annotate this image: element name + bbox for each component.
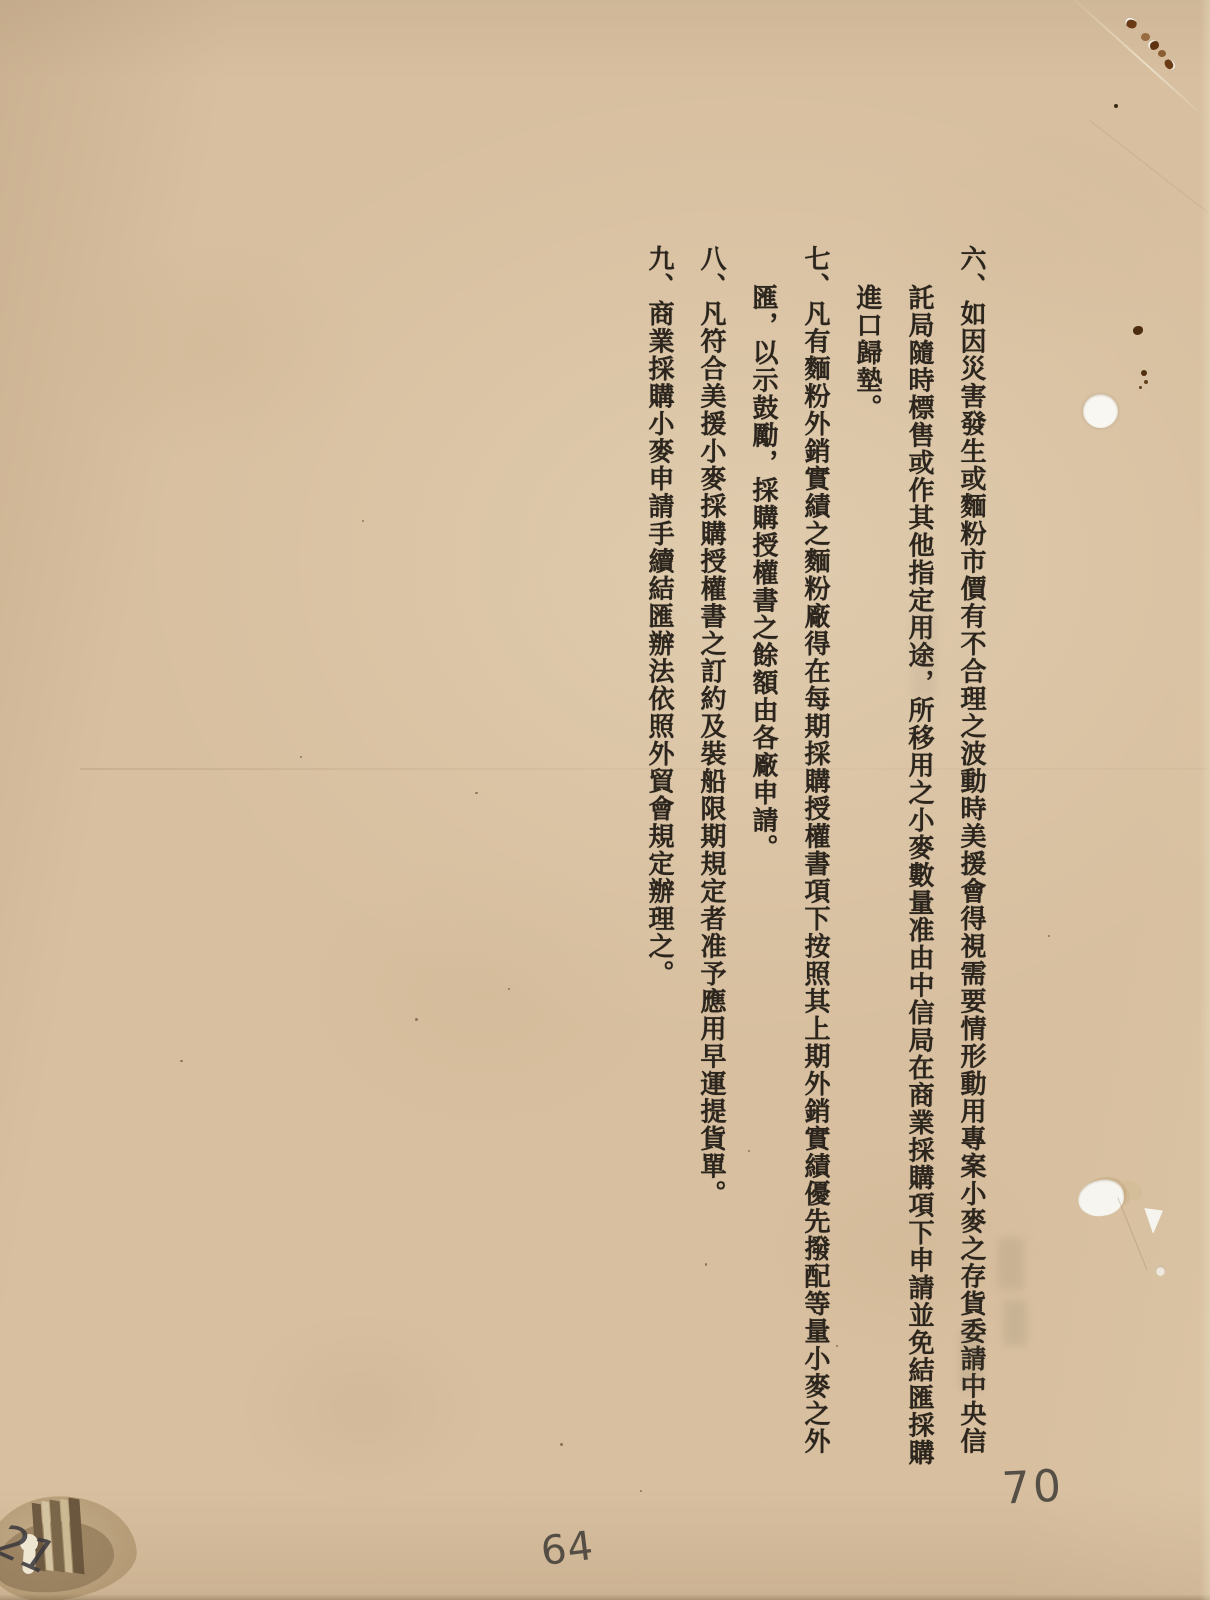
- document-page: 六、如因災害發生或麵粉市價有不合理之波動時美援會得視需要情形動用專案小麥之存貨委…: [0, 0, 1210, 1600]
- handwritten-page-number-right: 70: [1001, 1460, 1066, 1514]
- page-right-edge: [1200, 0, 1210, 1600]
- punch-hole: [1083, 394, 1118, 428]
- paper-speck: [748, 1150, 750, 1152]
- paper-speck: [705, 1263, 707, 1266]
- handwritten-page-number-center: 64: [538, 1523, 596, 1575]
- page-bottom-edge: [0, 1594, 1210, 1600]
- paper-texture: [0, 0, 1210, 1600]
- rust-stain: [1158, 50, 1166, 57]
- ink-bleedthrough: [1003, 1300, 1027, 1346]
- ink-bleedthrough: [912, 608, 936, 698]
- paper-speck: [362, 520, 364, 522]
- rust-stain: [1148, 40, 1159, 50]
- paper-speck: [1048, 935, 1050, 937]
- ink-spot: [1139, 386, 1142, 389]
- ink-bleedthrough: [960, 1330, 982, 1390]
- paper-speck: [640, 1490, 642, 1492]
- paper-speck: [836, 1345, 838, 1347]
- ink-spot: [1141, 370, 1147, 376]
- paper-speck: [560, 1443, 563, 1446]
- paper-speck: [415, 1018, 418, 1021]
- paper-tear-speck: [1156, 1266, 1165, 1276]
- ink-bleedthrough: [998, 1238, 1024, 1290]
- clause-7: 七、凡有麵粉外銷實績之麵粉廠得在每期採購授權書項下按照其上期外銷實績優先撥配等量…: [737, 245, 841, 1473]
- paper-speck: [508, 988, 510, 990]
- clause-6: 六、如因災害發生或麵粉市價有不合理之波動時美援會得視需要情形動用專案小麥之存貨委…: [841, 245, 997, 1473]
- paper-speck: [475, 792, 478, 794]
- document-body: 六、如因災害發生或麵粉市價有不合理之波動時美援會得視需要情形動用專案小麥之存貨委…: [633, 245, 997, 1473]
- rust-stain: [1141, 33, 1150, 41]
- ink-spot: [1144, 380, 1148, 384]
- clause-9: 九、商業採購小麥申請手續結匯辦法依照外貿會規定辦理之。: [633, 245, 685, 1473]
- paper-speck: [180, 1060, 183, 1062]
- clause-8: 八、凡符合美援小麥採購授權書之訂約及裝船限期規定者准予應用早運提貨單。: [685, 245, 737, 1473]
- ink-speck: [1114, 104, 1118, 108]
- paper-speck: [300, 756, 302, 758]
